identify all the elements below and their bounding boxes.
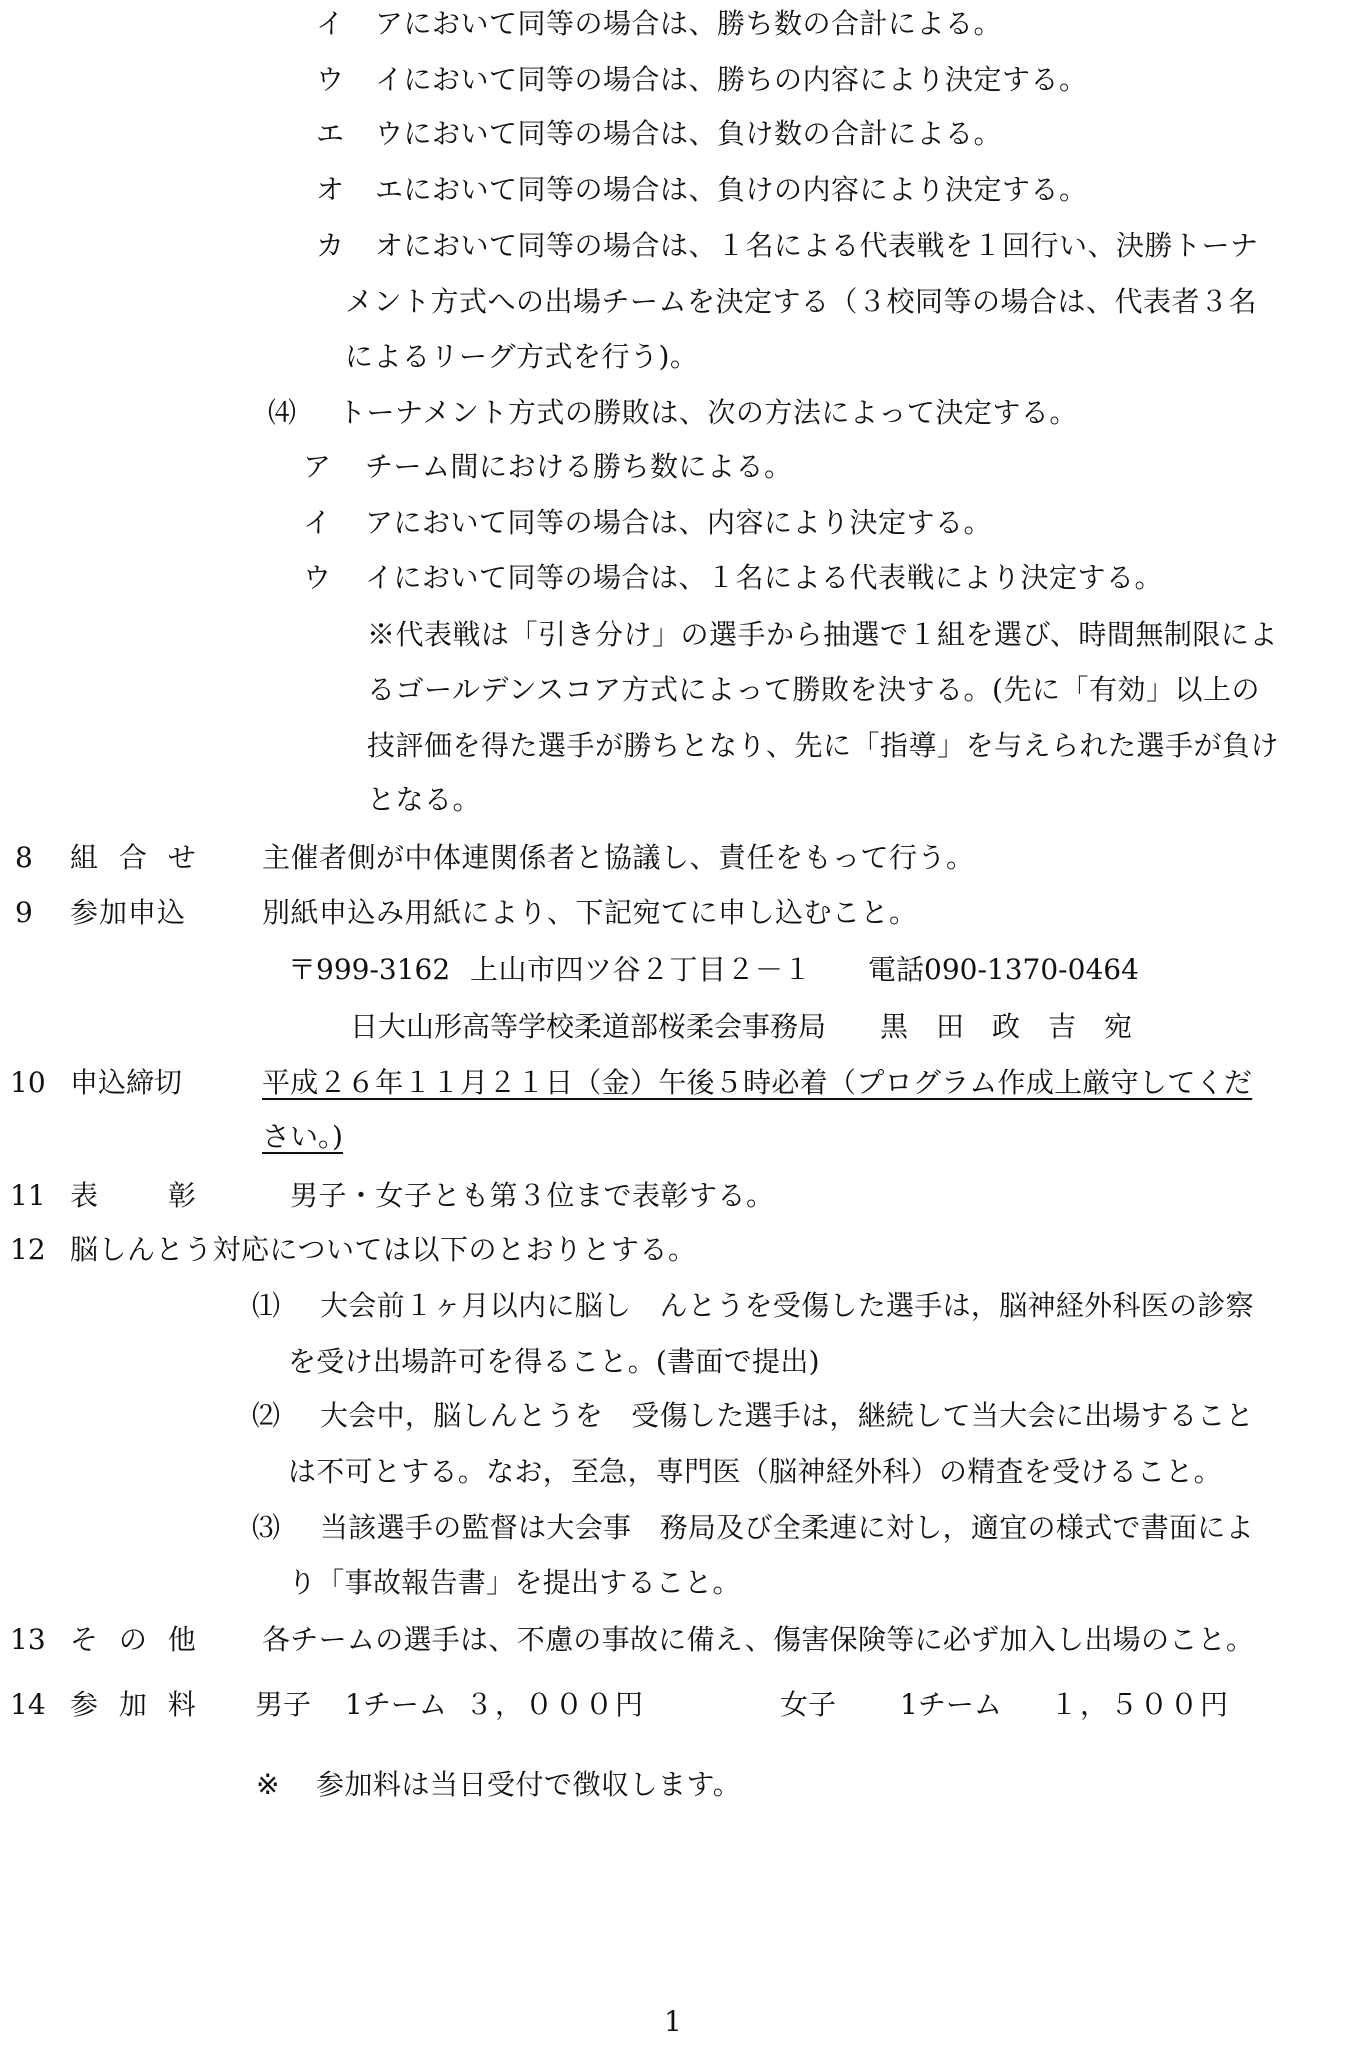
item-marker: イ: [303, 505, 331, 541]
section-number: 11: [10, 1178, 46, 1214]
section-label: 参加申込: [70, 895, 186, 931]
fee-note: 参加料は当日受付で徴収します。: [316, 1767, 741, 1803]
item-marker: ア: [303, 449, 331, 485]
item-marker: ウ: [303, 560, 331, 596]
item-marker: ウ: [316, 62, 344, 98]
deadline-text: 平成２６年１１月２１日（金）午後５時必着（プログラム作成上厳守してくだ: [262, 1065, 1252, 1101]
item-text: イにおいて同等の場合は、勝ちの内容により決定する。: [375, 62, 1088, 98]
girls-label: 女子: [780, 1687, 836, 1723]
page-number: 1: [664, 2004, 682, 2040]
item-text: チーム間における勝ち数による。: [365, 449, 793, 485]
item-text-cont: によるリーグ方式を行う)。: [345, 339, 698, 375]
section-label: 参 加 料: [70, 1687, 202, 1723]
item-text: イにおいて同等の場合は、１名による代表戦により決定する。: [365, 560, 1163, 596]
subsection-heading: トーナメント方式の勝敗は、次の方法によって決定する。: [338, 395, 1078, 431]
section-label: 彰: [168, 1178, 196, 1214]
section-label: 表: [70, 1178, 98, 1214]
item-text-cont: を受け出場許可を得ること。(書面で提出): [288, 1344, 820, 1380]
item-marker: エ: [316, 116, 344, 152]
section-text: 別紙申込み用紙により、下記宛てに申し込むこと。: [262, 895, 918, 931]
section-number: 10: [10, 1065, 46, 1101]
note-line: るゴールデンスコア方式によって勝敗を決する。(先に「有効」以上の: [367, 672, 1260, 708]
item-marker: ⑶: [252, 1510, 280, 1546]
item-text: 大会中，脳しんとうを 受傷した選手は，継続して当大会に出場すること: [320, 1398, 1254, 1434]
subsection-marker: ⑷: [268, 395, 296, 431]
item-text: アにおいて同等の場合は、勝ち数の合計による。: [375, 6, 1002, 42]
girls-unit: 1チーム: [900, 1687, 1002, 1723]
item-text-cont: り「事故報告書」を提出すること。: [288, 1565, 741, 1601]
item-text: 大会前１ヶ月以内に脳し んとうを受傷した選手は，脳神経外科医の診察: [320, 1288, 1254, 1324]
section-text: 各チームの選手は、不慮の事故に備え、傷害保険等に必ず加入し出場のこと。: [262, 1622, 1254, 1658]
boys-unit: 1チーム: [345, 1687, 447, 1723]
section-number: 9: [15, 895, 33, 931]
section-number: 12: [10, 1232, 46, 1268]
item-marker: オ: [316, 172, 344, 208]
item-marker: イ: [316, 6, 344, 42]
address: 上山市四ツ谷２丁目２－１: [470, 952, 812, 988]
section-number: 8: [15, 840, 33, 876]
item-marker: ⑴: [252, 1288, 280, 1324]
section-text: 主催者側が中体連関係者と協議し、責任をもって行う。: [262, 840, 975, 876]
section-label: 組 合 せ: [70, 840, 202, 876]
postal-code: 〒999-3162: [288, 952, 450, 988]
section-heading: 脳しんとう対応については以下のとおりとする。: [70, 1232, 696, 1268]
note-line: 技評価を得た選手が勝ちとなり、先に「指導」を与えられた選手が負け: [367, 728, 1279, 764]
note-line: ※代表戦は「引き分け」の選手から抽選で１組を選び、時間無制限によ: [367, 617, 1278, 653]
section-number: 14: [10, 1687, 46, 1723]
office-name: 日大山形高等学校柔道部桜柔会事務局: [350, 1009, 826, 1045]
section-label: 申込締切: [70, 1065, 182, 1101]
girls-fee: １，５００円: [1050, 1687, 1230, 1723]
item-text-cont: は不可とする。なお，至急，専門医（脳神経外科）の精査を受けること。: [288, 1454, 1222, 1490]
note-mark: ※: [256, 1767, 279, 1803]
note-line: となる。: [367, 782, 481, 818]
item-text-cont: メント方式への出場チームを決定する（３校同等の場合は、代表者３名: [345, 284, 1257, 320]
item-text: アにおいて同等の場合は、内容により決定する。: [365, 505, 992, 541]
section-text: 男子・女子とも第３位まで表彰する。: [290, 1178, 775, 1214]
item-marker: ⑵: [252, 1398, 280, 1434]
phone: 電話090-1370-0464: [868, 952, 1139, 988]
item-text: エにおいて同等の場合は、負けの内容により決定する。: [375, 172, 1088, 208]
section-label: そ の 他: [70, 1622, 202, 1658]
item-text: オにおいて同等の場合は、１名による代表戦を１回行い、決勝トーナ: [375, 228, 1259, 264]
boys-fee: ３，０００円: [465, 1687, 645, 1723]
recipient: 黒 田 政 吉 宛: [880, 1009, 1132, 1045]
section-number: 13: [10, 1622, 46, 1658]
deadline-text-cont: さい。): [262, 1119, 343, 1155]
item-marker: カ: [316, 228, 344, 264]
item-text: ウにおいて同等の場合は、負け数の合計による。: [375, 116, 1002, 152]
item-text: 当該選手の監督は大会事 務局及び全柔連に対し，適宜の様式で書面によ: [320, 1510, 1254, 1546]
boys-label: 男子: [255, 1687, 311, 1723]
